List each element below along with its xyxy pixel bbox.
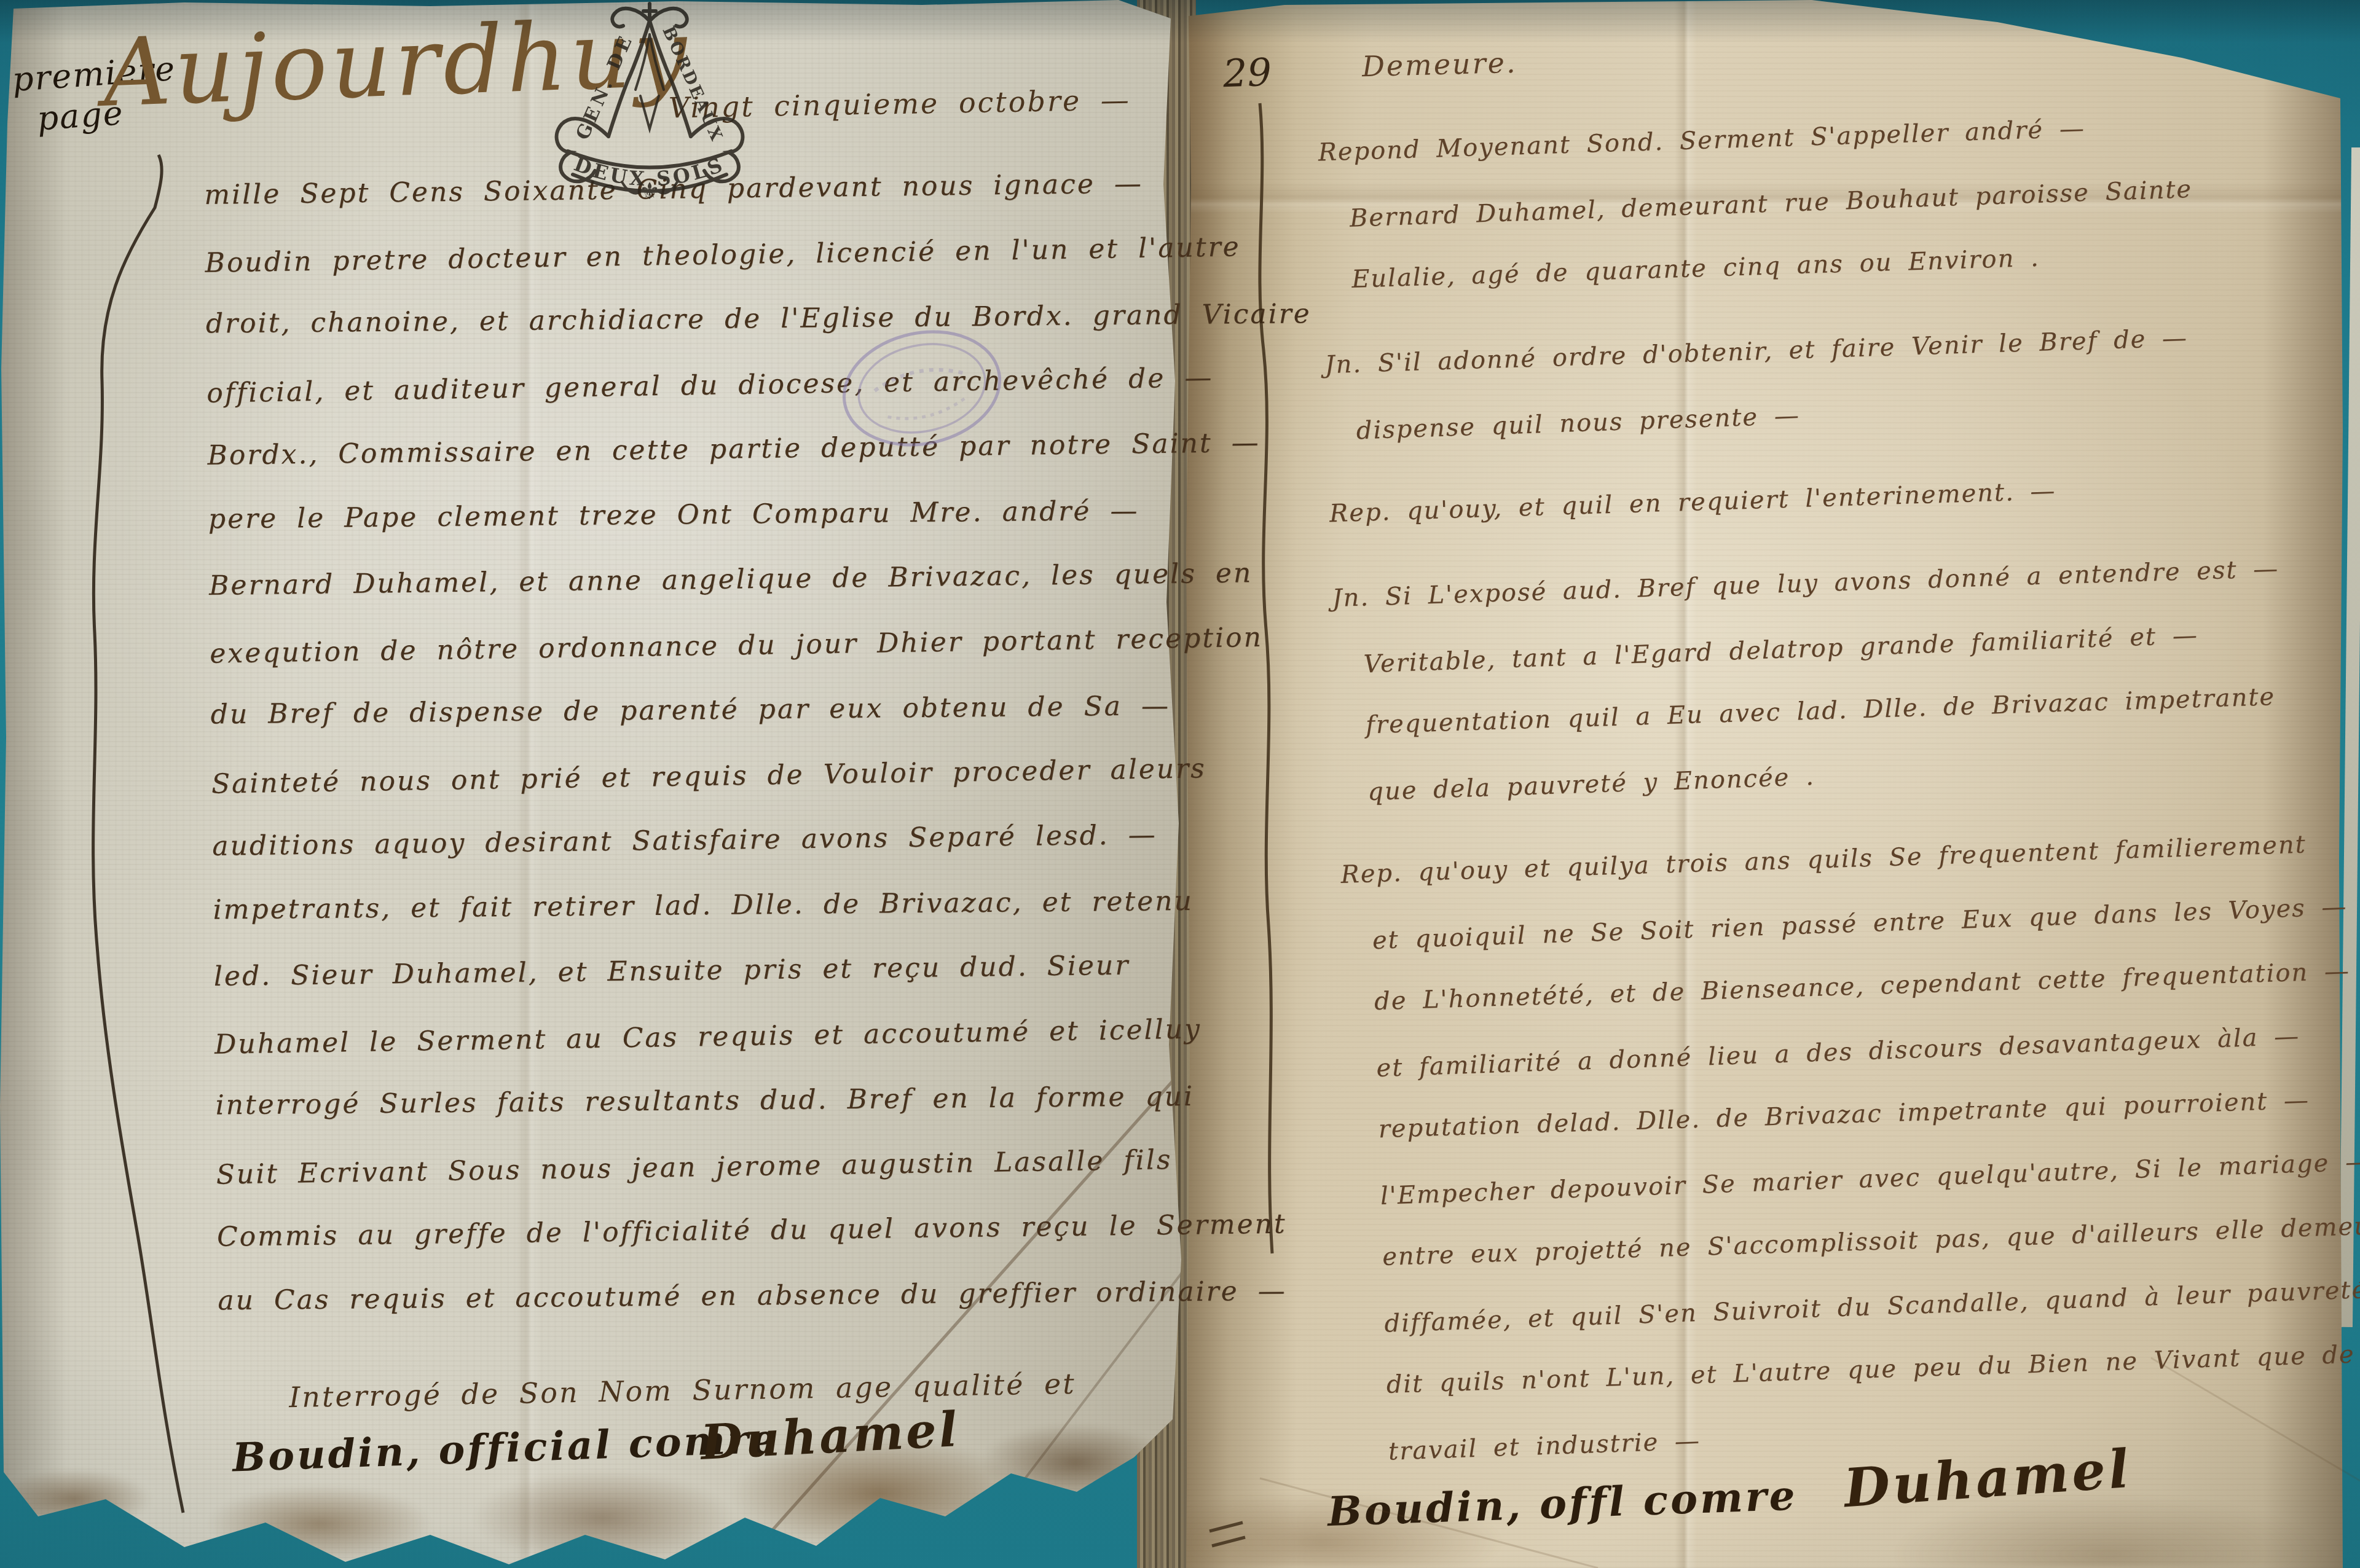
paragraph-question: Jn. Si L'exposé aud. Bref que luy avons … [1361,552,2360,839]
manuscript-line: impetrants, et fait retirer lad. Dlle. d… [213,885,1184,959]
manuscript-line: Bernard Duhamel, et anne angelique de Br… [209,559,1181,635]
revenue-stamp: GEN. DE BORDEAUX DEUX SOLS ⚜ [530,0,769,208]
svg-text:GEN. DE: GEN. DE [572,30,639,143]
catchword-demeure: Demeure. [1361,46,1517,84]
paragraph-question: Jn. S'il adonné ordre d'obtenir, et fair… [1354,319,2353,478]
page-number: 29 [1222,50,1272,96]
manuscript-line: au Cas requis et accoutumé en absence du… [218,1276,1189,1350]
manuscript-photo: premiere page Aujourdhuy Vingt cinquieme… [0,0,2360,1568]
manuscript-line: droit, chanoine, et archidiacre de l'Egl… [206,299,1178,373]
manuscript-line: du Bref de dispense de parenté par eux o… [211,690,1182,764]
paragraph-response: Rep. qu'ouy et quilya trois ans quils Se… [1370,829,2360,1499]
left-page-text-block: mille Sept Cens Soixante Cinq pardevant … [204,168,1189,1352]
paragraph-response: Rep. qu'ouy, et quil en requiert l'enter… [1358,468,2355,563]
right-page-text-block: Repond Moyenant Sond. Serment S'appeller… [1347,106,2360,1519]
manuscript-line: pere le Pape clement treze Ont Comparu M… [208,495,1180,568]
stamp-arc-right-text: BORDEAUX [658,23,726,145]
svg-text:BORDEAUX: BORDEAUX [658,23,726,145]
fleur-de-lis-icon: ⚜ [639,178,660,205]
stamp-arc-left-text: GEN. DE [572,30,639,143]
manuscript-line: Rep. qu'ouy, et quil en requiert l'enter… [1329,468,2355,563]
paragraph-response: Repond Moyenant Sond. Serment S'appeller… [1347,106,2348,329]
manuscript-line: interrogé Surles faits resultants dud. B… [215,1081,1187,1154]
manuscript-line: led. Sieur Duhamel, et Ensuite pris et r… [214,949,1186,1026]
